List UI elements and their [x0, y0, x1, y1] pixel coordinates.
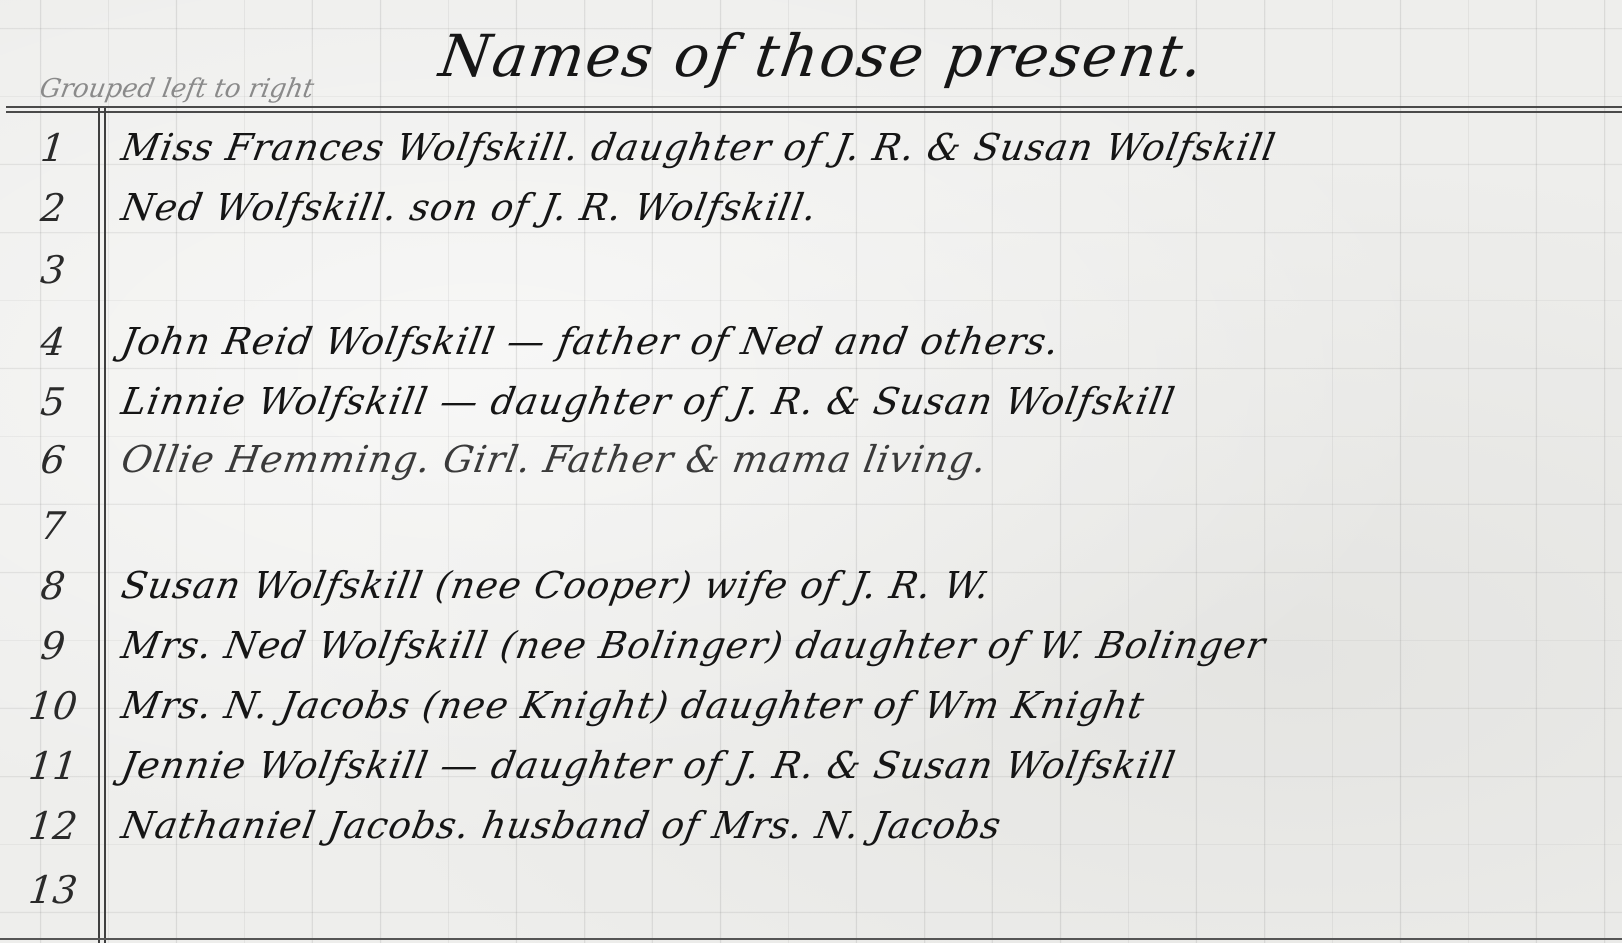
row-number: 6 — [16, 438, 91, 482]
list-item: 4 John Reid Wolfskill — father of Ned an… — [0, 320, 1622, 380]
list-item: 2 Ned Wolfskill. son of J. R. Wolfskill. — [0, 186, 1622, 246]
entry-text: Nathaniel Jacobs. husband of Mrs. N. Jac… — [118, 804, 1005, 847]
row-number: 9 — [16, 624, 91, 668]
row-number: 13 — [16, 868, 91, 912]
list-item: 11 Jennie Wolfskill — daughter of J. R. … — [0, 744, 1622, 804]
row-number: 3 — [16, 248, 91, 292]
entry-text: Ned Wolfskill. son of J. R. Wolfskill. — [118, 186, 821, 229]
entry-text: Susan Wolfskill (nee Cooper) wife of J. … — [118, 564, 993, 607]
list-item: 6 Ollie Hemming. Girl. Father & mama liv… — [0, 438, 1622, 498]
entry-text: Ollie Hemming. Girl. Father & mama livin… — [118, 438, 990, 481]
row-number: 8 — [16, 564, 91, 608]
row-number: 10 — [16, 684, 91, 728]
entry-text: Mrs. Ned Wolfskill (nee Bolinger) daught… — [118, 624, 1269, 667]
ledger-page: Names of those present. Grouped left to … — [0, 0, 1622, 943]
row-number: 4 — [16, 320, 91, 364]
list-item: 7 — [0, 504, 1622, 564]
pencil-note: Grouped left to right — [37, 74, 316, 104]
list-item: 10 Mrs. N. Jacobs (nee Knight) daughter … — [0, 684, 1622, 744]
row-number: 11 — [16, 744, 91, 788]
list-item: 9 Mrs. Ned Wolfskill (nee Bolinger) daug… — [0, 624, 1622, 684]
list-item: 3 — [0, 248, 1622, 308]
list-item: 1 Miss Frances Wolfskill. daughter of J.… — [0, 126, 1622, 186]
entry-text: Jennie Wolfskill — daughter of J. R. & S… — [118, 744, 1179, 787]
row-number: 7 — [16, 504, 91, 548]
row-number: 1 — [16, 126, 91, 170]
entry-text: Miss Frances Wolfskill. daughter of J. R… — [118, 126, 1279, 169]
entry-text: John Reid Wolfskill — father of Ned and … — [118, 320, 1063, 363]
page-bottom-rule — [0, 938, 1622, 940]
row-number: 5 — [16, 380, 91, 424]
page-title: Names of those present. — [435, 22, 1209, 90]
row-number: 12 — [16, 804, 91, 848]
list-item: 13 — [0, 868, 1622, 928]
list-item: 12 Nathaniel Jacobs. husband of Mrs. N. … — [0, 804, 1622, 864]
row-number: 2 — [16, 186, 91, 230]
header-double-rule — [6, 106, 1622, 113]
entry-text: Linnie Wolfskill — daughter of J. R. & S… — [118, 380, 1179, 423]
entry-text: Mrs. N. Jacobs (nee Knight) daughter of … — [118, 684, 1148, 727]
list-item: 5 Linnie Wolfskill — daughter of J. R. &… — [0, 380, 1622, 440]
list-item: 8 Susan Wolfskill (nee Cooper) wife of J… — [0, 564, 1622, 624]
